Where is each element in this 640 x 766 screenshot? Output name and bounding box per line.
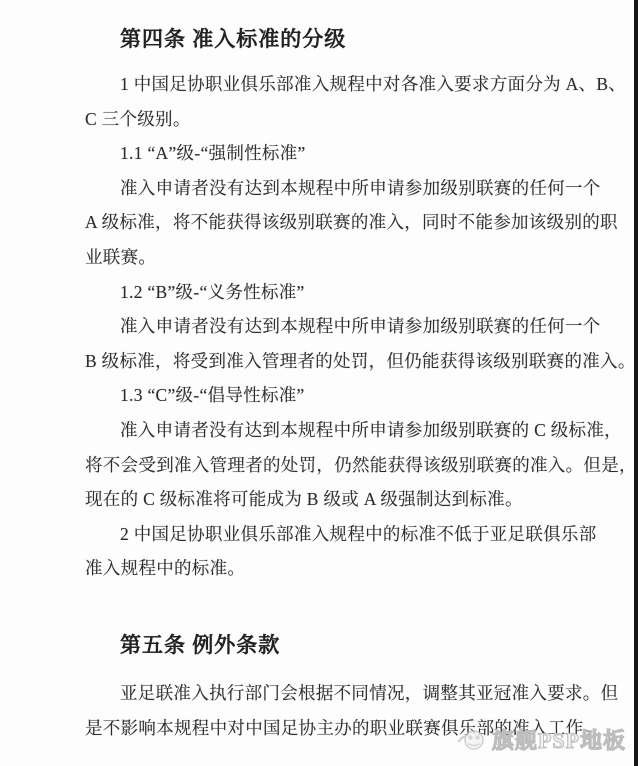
scan-edge-bar — [634, 0, 638, 766]
watermark-label: 旗舰PSP地板 — [492, 724, 626, 755]
level-a-para-line2: A 级标准，将不能获得该级别联赛的准入，同时不能参加该级别的职 — [85, 205, 585, 240]
article4-para2-line2: 准入规程中的标准。 — [85, 551, 585, 586]
article4-para2-line1: 2 中国足协职业俱乐部准入规程中的标准不低于亚足联俱乐部 — [120, 517, 585, 552]
article4-para1-line2: C 三个级别。 — [85, 102, 585, 137]
level-a-subheading: 1.1 “A”级-“强制性标准” — [120, 136, 585, 171]
level-c-para-line2: 将不会受到准入管理者的处罚，仍然能获得该级别联赛的准入。但是， — [85, 448, 585, 483]
watermark: 旗舰PSP地板 — [457, 724, 626, 755]
level-b-para-line1: 准入申请者没有达到本规程中所申请参加级别联赛的任何一个 — [120, 309, 585, 344]
level-c-para-line3: 现在的 C 级标准将可能成为 B 级或 A 级强制达到标准。 — [85, 482, 585, 517]
level-b-subheading: 1.2 “B”级-“义务性标准” — [120, 275, 585, 310]
article4-para1-line1: 1 中国足协职业俱乐部准入规程中对各准入要求方面分为 A、B、 — [120, 67, 585, 102]
level-c-para-line1: 准入申请者没有达到本规程中所申请参加级别联赛的 C 级标准， — [120, 413, 585, 448]
level-b-para-line2: B 级标准，将受到准入管理者的处罚，但仍能获得该级别联赛的准入。 — [85, 344, 585, 379]
article5-para1-line1: 亚足联准入执行部门会根据不同情况，调整其亚冠准入要求。但 — [120, 676, 585, 711]
article4-heading: 第四条 准入标准的分级 — [120, 24, 585, 54]
level-c-subheading: 1.3 “C”级-“倡导性标准” — [120, 378, 585, 413]
article5-heading: 第五条 例外条款 — [120, 630, 585, 660]
document-body: 第四条 准入标准的分级 1 中国足协职业俱乐部准入规程中对各准入要求方面分为 A… — [85, 24, 585, 745]
level-a-para-line3: 业联赛。 — [85, 240, 585, 275]
scanned-document-page: 第四条 准入标准的分级 1 中国足协职业俱乐部准入规程中对各准入要求方面分为 A… — [0, 0, 640, 766]
level-a-para-line1: 准入申请者没有达到本规程中所申请参加级别联赛的任何一个 — [120, 171, 585, 206]
watermark-logo-icon — [457, 725, 487, 755]
